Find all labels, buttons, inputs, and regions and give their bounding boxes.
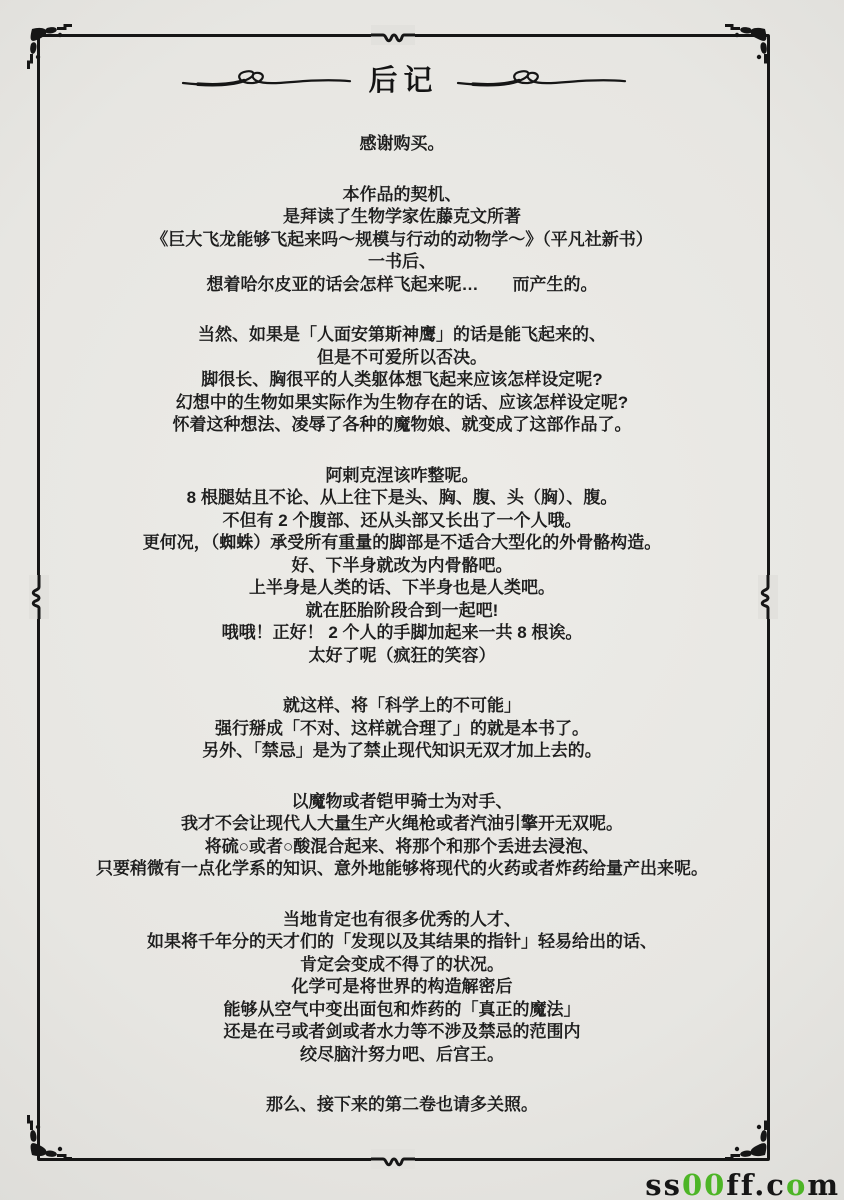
text-line: 本作品的契机、 [40, 184, 764, 207]
text-line: 但是不可爱所以否决。 [40, 347, 764, 370]
text-line: 只要稍微有一点化学系的知识、意外地能够将现代的火药或者炸药给量产出来呢。 [40, 858, 764, 881]
text-line: 当地肯定也有很多优秀的人才、 [40, 909, 764, 932]
text-line: 脚很长、胸很平的人类躯体想飞起来应该怎样设定呢? [40, 369, 764, 392]
watermark-segment: ss [645, 1168, 682, 1200]
watermark-text: ss00ff.com [645, 1168, 840, 1200]
watermark-segment: o [786, 1168, 807, 1200]
text-line: 将硫○或者○酸混合起来、将那个和那个丢进去浸泡、 [40, 836, 764, 859]
watermark: ss00ff.com [645, 1170, 840, 1200]
text-line: 化学可是将世界的构造解密后 [40, 976, 764, 999]
watermark-segment: ff.c [726, 1168, 786, 1200]
text-line: 当然、如果是「人面安第斯神鹰」的话是能飞起来的、 [40, 324, 764, 347]
text-line: 更何况，（蜘蛛）承受所有重量的脚部是不适合大型化的外骨骼构造。 [40, 532, 764, 555]
text-line: 还是在弓或者剑或者水力等不涉及禁忌的范围内 [40, 1021, 764, 1044]
text-line: 肯定会变成不得了的状况。 [40, 954, 764, 977]
text-line: 如果将千年分的天才们的「发现以及其结果的指针」轻易给出的话、 [40, 931, 764, 954]
afterword-text: 感谢购买。本作品的契机、是拜读了生物学家佐藤克文所著《巨大飞龙能够飞起来吗～规模… [40, 133, 764, 1145]
text-line: 不但有 2 个腹部、还从头部又长出了一个人哦。 [40, 510, 764, 533]
text-line: 《巨大飞龙能够飞起来吗～规模与行动的动物学～》（平凡社新书） [40, 229, 764, 252]
text-line: 是拜读了生物学家佐藤克文所著 [40, 206, 764, 229]
s-curve-edge-ornament [371, 25, 415, 45]
text-line: 怀着这种想法、凌辱了各种的魔物娘、就变成了这部作品了。 [40, 414, 764, 437]
text-line: 8 根腿姑且不论、从上往下是头、胸、腹、头（胸）、腹。 [40, 487, 764, 510]
text-line: 绞尽脑汁努力吧、后宫王。 [40, 1044, 764, 1067]
text-line: 以魔物或者铠甲骑士为对手、 [40, 791, 764, 814]
text-line: 哦哦！正好！ 2 个人的手脚加起来一共 8 根诶。 [40, 622, 764, 645]
text-line: 一书后、 [40, 251, 764, 274]
s-curve-edge-ornament [371, 1149, 415, 1169]
text-line: 幻想中的生物如果实际作为生物存在的话、应该怎样设定呢? [40, 392, 764, 415]
calligraphic-swirl-icon [455, 68, 627, 94]
page-title: 后记 [368, 64, 438, 99]
watermark-segment: 00 [682, 1168, 726, 1200]
text-line: 就在胚胎阶段合到一起吧! [40, 600, 764, 623]
text-line: 太好了呢（疯狂的笑容） [40, 645, 764, 668]
text-line: 好、下半身就改为内骨骼吧。 [40, 555, 764, 578]
text-line: 阿剌克涅该咋整呢。 [40, 465, 764, 488]
title-row: 后记 [37, 64, 770, 99]
text-line: 强行掰成「不对、这样就合理了」的就是本书了。 [40, 718, 764, 741]
text-line: 另外、「禁忌」是为了禁止现代知识无双才加上去的。 [40, 740, 764, 763]
text-line: 感谢购买。 [40, 133, 764, 156]
watermark-segment: m [807, 1168, 840, 1200]
text-line: 那么、接下来的第二卷也请多关照。 [40, 1094, 764, 1117]
paragraph: 当然、如果是「人面安第斯神鹰」的话是能飞起来的、但是不可爱所以否决。脚很长、胸很… [40, 324, 764, 437]
paragraph: 感谢购买。 [40, 133, 764, 156]
paragraph: 当地肯定也有很多优秀的人才、如果将千年分的天才们的「发现以及其结果的指针」轻易给… [40, 909, 764, 1067]
text-line: 想着哈尔皮亚的话会怎样飞起来呢… 而产生的。 [40, 274, 764, 297]
paragraph: 那么、接下来的第二卷也请多关照。 [40, 1094, 764, 1117]
text-line: 我才不会让现代人大量生产火绳枪或者汽油引擎开无双呢。 [40, 813, 764, 836]
paragraph: 就这样、将「科学上的不可能」强行掰成「不对、这样就合理了」的就是本书了。另外、「… [40, 695, 764, 763]
text-line: 能够从空气中变出面包和炸药的「真正的魔法」 [40, 999, 764, 1022]
paragraph: 本作品的契机、是拜读了生物学家佐藤克文所著《巨大飞龙能够飞起来吗～规模与行动的动… [40, 184, 764, 297]
paragraph: 阿剌克涅该咋整呢。8 根腿姑且不论、从上往下是头、胸、腹、头（胸）、腹。不但有 … [40, 465, 764, 668]
text-line: 就这样、将「科学上的不可能」 [40, 695, 764, 718]
paragraph: 以魔物或者铠甲骑士为对手、我才不会让现代人大量生产火绳枪或者汽油引擎开无双呢。将… [40, 791, 764, 881]
calligraphic-swirl-icon [180, 68, 352, 94]
text-line: 上半身是人类的话、下半身也是人类吧。 [40, 577, 764, 600]
